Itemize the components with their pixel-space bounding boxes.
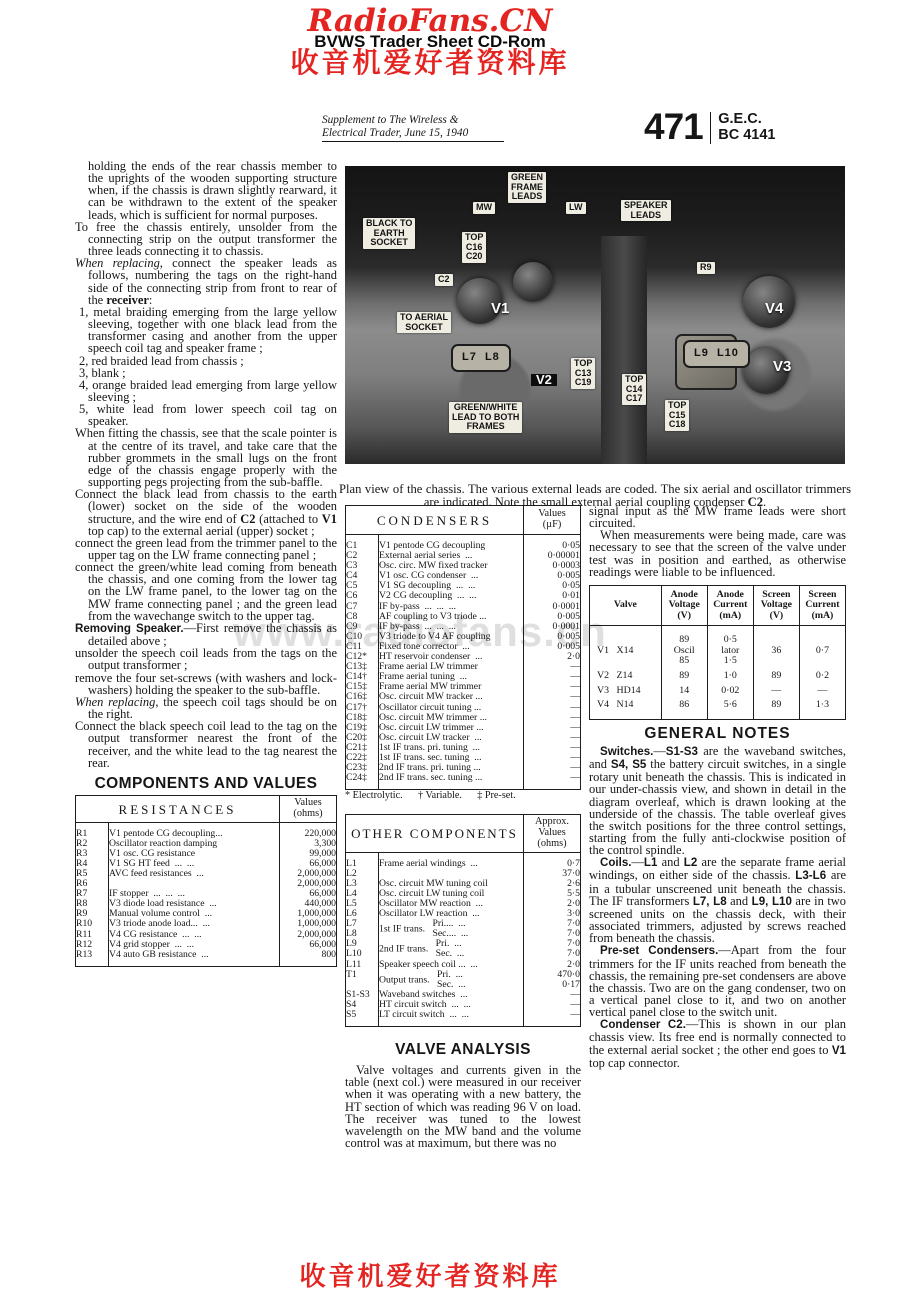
- screen-current-header: ScreenCurrent(mA): [799, 585, 845, 625]
- valve-row-v2: V2 Z14 89 1·0 89 0·2: [590, 669, 846, 684]
- component-label: 2nd IF trans. Pri. ...Sec. ...: [379, 939, 524, 959]
- other-components-value-header: Approx.Values(ohms): [524, 815, 581, 852]
- sheet-number-block: 471 G.E.C. BC 4141: [644, 110, 775, 144]
- component-label: V4 auto GB resistance ...: [109, 950, 280, 967]
- paragraph: When fitting the chassis, see that the s…: [75, 427, 337, 488]
- anode-voltage: 86: [661, 698, 707, 719]
- paragraph: Connect the black lead from chassis to t…: [75, 488, 337, 537]
- anode-current: 0·5lator1·5: [707, 626, 753, 669]
- component-ref: R10: [76, 919, 109, 929]
- sheet-number: 471: [644, 110, 703, 144]
- paragraph: 2, red braided lead from chassis ;: [75, 355, 337, 367]
- screen-current: —: [799, 684, 845, 699]
- right-column: signal input as the MW frame leads were …: [589, 505, 846, 1069]
- photo-decor: [601, 236, 647, 464]
- continuation-text: signal input as the MW frame leads were …: [589, 505, 846, 529]
- photo-label: BLACK TO EARTH SOCKET: [363, 218, 415, 249]
- screen-current: 0·7: [799, 626, 845, 669]
- valve-voltages-table: Valve AnodeVoltage(V) AnodeCurrent(mA) S…: [589, 585, 846, 720]
- resistances-title: RESISTANCES: [76, 795, 280, 822]
- resistances-value-header: Values(ohms): [280, 795, 337, 822]
- anode-current: 5·6: [707, 698, 753, 719]
- photo-label: GREEN/WHITE LEAD TO BOTH FRAMES: [449, 402, 522, 433]
- photo-label: MW: [473, 202, 495, 214]
- other-components-table: OTHER COMPONENTS Approx.Values(ohms) L1F…: [345, 814, 581, 1027]
- paragraph: When replacing, connect the speaker lead…: [75, 257, 337, 306]
- photo-label: TOP C16 C20: [462, 232, 486, 263]
- component-label: 1st IF trans. Pri.... ...Sec.... ...: [379, 919, 524, 939]
- paragraph: To free the chassis entirely, unsolder f…: [75, 221, 337, 257]
- table-row: L71st IF trans. Pri.... ...Sec.... ...7·…: [346, 919, 581, 929]
- instructions-text: holding the ends of the rear chassis mem…: [75, 160, 337, 769]
- anode-current: 0·02: [707, 684, 753, 699]
- condensers-title: CONDENSERS: [346, 506, 524, 535]
- component-label: 2nd IF trans. sec. tuning ...: [379, 773, 524, 790]
- note-paragraph: Pre-set Condensers.—Apart from the four …: [589, 944, 846, 1018]
- photo-label: TO AERIAL SOCKET: [397, 312, 451, 333]
- valve-name: V4 N14: [590, 698, 662, 719]
- paragraph: unsolder the speech coil leads from the …: [75, 647, 337, 671]
- valve-analysis-text: Valve voltages and currents given in the…: [345, 1064, 581, 1149]
- photo-label: V3: [773, 362, 791, 372]
- table-row: L1Frame aerial windings ...0·7: [346, 852, 581, 869]
- supplement-line1: Supplement to The Wireless &: [322, 114, 458, 126]
- component-ref: S5: [346, 1010, 379, 1027]
- photo-label: TOP C15 C18: [665, 400, 689, 431]
- chinese-watermark-bottom: 收音机爱好者资料库: [228, 1256, 632, 1293]
- component-label: V1 pentode CG decoupling...: [109, 822, 280, 839]
- brand-model: G.E.C. BC 4141: [718, 110, 775, 144]
- chassis-photo: BLACK TO EARTH SOCKETMWGREEN FRAME LEADS…: [345, 166, 845, 464]
- screen-voltage: —: [753, 684, 799, 699]
- general-notes-text: Switches.—S1-S3 are the waveband switche…: [589, 745, 846, 1069]
- table-row: C24‡2nd IF trans. sec. tuning ...—: [346, 773, 581, 790]
- valve-name: V3 HD14: [590, 684, 662, 699]
- valve-row-v4: V4 N14 86 5·6 89 1·3: [590, 698, 846, 719]
- measurement-note-text: When measurements were being made, care …: [589, 529, 846, 578]
- table-row: L11Speaker speech coil ... ...2·0: [346, 960, 581, 970]
- valve-col-header: Valve: [590, 585, 662, 625]
- component-value: —: [524, 692, 581, 702]
- screen-current: 0·2: [799, 669, 845, 684]
- table-row: S5LT circuit switch ... ...—: [346, 1010, 581, 1027]
- valve-row-v1: V1 X14 89Oscil85 0·5lator1·5 36 0·7: [590, 626, 846, 669]
- other-components-title: OTHER COMPONENTS: [346, 815, 524, 852]
- anode-current: 1·0: [707, 669, 753, 684]
- paragraph: Connect the black speech coil lead to th…: [75, 720, 337, 769]
- screen-voltage: 89: [753, 698, 799, 719]
- table-row: R10V3 triode anode load... ...1,000,000: [76, 919, 337, 929]
- photo-label: GREEN FRAME LEADS: [508, 172, 546, 203]
- supplement-note: Supplement to The Wireless & Electrical …: [322, 114, 504, 142]
- component-label: V1 pentode CG decoupling: [379, 535, 524, 552]
- note-paragraph: Condenser C2.—This is shown in our plan …: [589, 1018, 846, 1069]
- component-ref: R1: [76, 822, 109, 839]
- component-ref: L1: [346, 852, 379, 869]
- paragraph: When replacing, the speech coil tags sho…: [75, 696, 337, 720]
- model: BC 4141: [718, 127, 775, 143]
- valve-row-v3: V3 HD14 14 0·02 — —: [590, 684, 846, 699]
- valve-name: V1 X14: [590, 626, 662, 669]
- general-notes-heading: GENERAL NOTES: [589, 728, 846, 740]
- component-ref: C24‡: [346, 773, 379, 790]
- anode-voltage: 89: [661, 669, 707, 684]
- paragraph: 1, metal braiding emerging from the larg…: [75, 306, 337, 355]
- middle-column: CONDENSERS Values(µF) C1V1 pentode CG de…: [345, 505, 581, 1149]
- paragraph: connect the green lead from the trimmer …: [75, 537, 337, 561]
- component-ref: C1: [346, 535, 379, 552]
- paragraph: Removing Speaker.—First remove the chass…: [75, 622, 337, 647]
- component-label: AVC feed resistances ...: [109, 869, 280, 889]
- note-paragraph: Coils.—L1 and L2 are the separate frame …: [589, 856, 846, 944]
- photo-label: V1: [491, 304, 509, 314]
- paragraph: 5, white lead from lower speech coil tag…: [75, 403, 337, 427]
- valve-can-v2: [513, 262, 553, 302]
- photo-label: TOP C13 C19: [571, 358, 595, 389]
- paragraph: 4, orange braided lead emerging from lar…: [75, 379, 337, 403]
- valve-analysis-heading: VALVE ANALYSIS: [345, 1041, 581, 1059]
- condensers-value-header: Values(µF): [524, 506, 581, 535]
- screen-voltage: 89: [753, 669, 799, 684]
- component-ref: R13: [76, 950, 109, 967]
- valve-name: V2 Z14: [590, 669, 662, 684]
- photo-label: V4: [765, 304, 783, 314]
- table-row: C1V1 pentode CG decoupling0·05: [346, 535, 581, 552]
- photo-label: V2: [531, 374, 557, 386]
- photo-label: L7 L8: [451, 344, 511, 372]
- supplement-line2: Electrical Trader, June 15, 1940: [322, 127, 468, 139]
- component-label: Frame aerial windings ...: [379, 852, 524, 879]
- condensers-footnote: * Electrolytic. † Variable. ‡ Pre-set.: [345, 790, 581, 801]
- component-value: 220,000: [280, 822, 337, 839]
- paragraph: connect the green/white lead coming from…: [75, 561, 337, 622]
- screen-voltage: 36: [753, 626, 799, 669]
- anode-current-header: AnodeCurrent(mA): [707, 585, 753, 625]
- component-value: 1,000,000: [280, 919, 337, 929]
- masthead-divider: [710, 112, 712, 144]
- component-label: Osc. circuit MW tracker ...: [379, 692, 524, 702]
- component-value: 0·05: [524, 535, 581, 552]
- photo-label: R9: [697, 262, 715, 274]
- table-row: R13V4 auto GB resistance ...800: [76, 950, 337, 967]
- photo-label: LW: [566, 202, 586, 214]
- paragraph: holding the ends of the rear chassis mem…: [75, 160, 337, 221]
- trader-sheet-page: RadioFans.CN BVWS Trader Sheet CD-Rom 收音…: [0, 0, 920, 1302]
- anode-voltage: 14: [661, 684, 707, 699]
- table-row: T1Output trans. Pri. ...Sec. ...470·0: [346, 970, 581, 980]
- component-value: —: [524, 773, 581, 790]
- photo-label: L9 L10: [683, 340, 750, 368]
- chinese-watermark-top: 收音机爱好者资料库: [228, 49, 632, 77]
- table-row: R1V1 pentode CG decoupling...220,000: [76, 822, 337, 839]
- component-value: 800: [280, 950, 337, 967]
- left-column: holding the ends of the rear chassis mem…: [75, 160, 337, 967]
- screen-voltage-header: ScreenVoltage(V): [753, 585, 799, 625]
- component-ref: C16‡: [346, 692, 379, 702]
- condensers-table: CONDENSERS Values(µF) C1V1 pentode CG de…: [345, 505, 581, 790]
- component-label: Output trans. Pri. ...Sec. ...: [379, 970, 524, 990]
- component-value: —: [524, 1010, 581, 1027]
- anode-voltage: 89Oscil85: [661, 626, 707, 669]
- components-heading: COMPONENTS AND VALUES: [75, 778, 337, 790]
- component-ref: T1: [346, 970, 379, 990]
- screen-current: 1·3: [799, 698, 845, 719]
- resistances-table: RESISTANCES Values(ohms) R1V1 pentode CG…: [75, 795, 337, 967]
- paragraph: 3, blank ;: [75, 367, 337, 379]
- component-label: LT circuit switch ... ...: [379, 1010, 524, 1027]
- table-row: L92nd IF trans. Pri. ...Sec. ...7·0: [346, 939, 581, 949]
- overlay-header: RadioFans.CN BVWS Trader Sheet CD-Rom 收音…: [228, 6, 632, 77]
- anode-voltage-header: AnodeVoltage(V): [661, 585, 707, 625]
- photo-label: SPEAKER LEADS: [621, 200, 671, 221]
- brand: G.E.C.: [718, 111, 762, 127]
- component-label: V3 triode anode load... ...: [109, 919, 280, 929]
- paragraph: remove the four set-screws (with washers…: [75, 672, 337, 696]
- component-value: 0·7: [524, 852, 581, 869]
- note-paragraph: Switches.—S1-S3 are the waveband switche…: [589, 745, 846, 856]
- photo-label: C2: [435, 274, 453, 286]
- photo-label: TOP C14 C17: [622, 374, 646, 405]
- table-row: C16‡Osc. circuit MW tracker ...—: [346, 692, 581, 702]
